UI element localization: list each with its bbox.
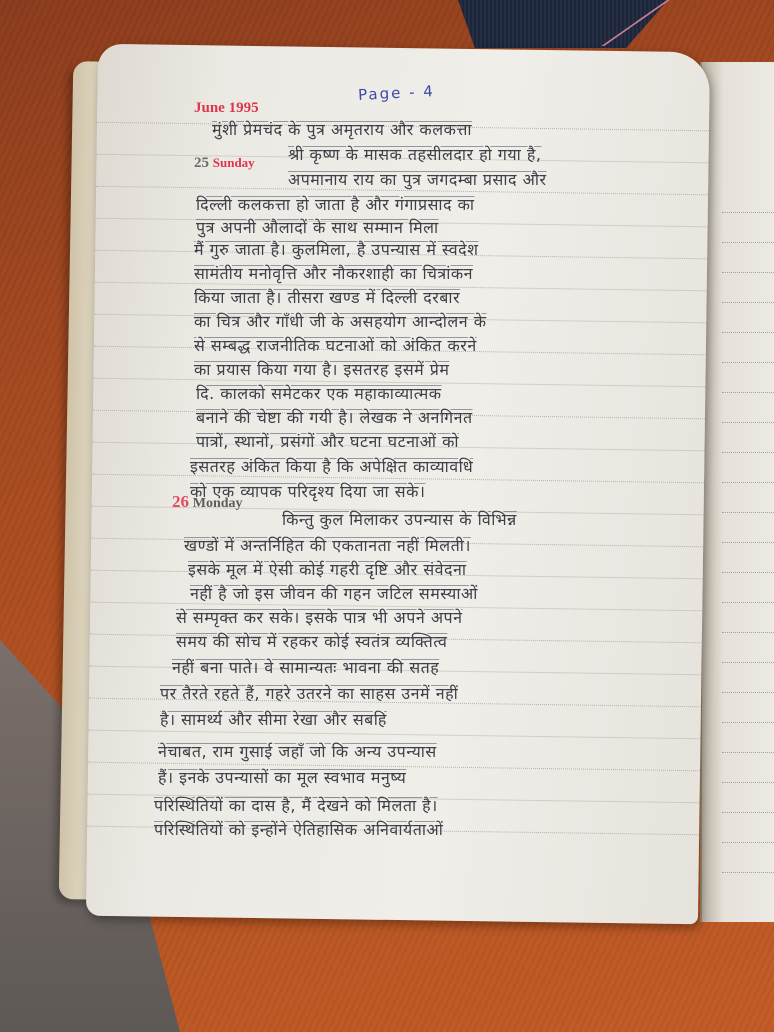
- handwritten-line: का चित्र और गाँधी जी के असहयोग आन्दोलन क…: [194, 310, 487, 332]
- handwritten-line: मैं गुरु जाता है। कुलमिला, है उपन्यास मे…: [194, 238, 478, 260]
- handwritten-line: अपमानाय राय का पुत्र जगदम्बा प्रसाद और: [288, 168, 547, 190]
- handwritten-line: परिस्थितियों का दास है, मैं देखने को मिल…: [154, 794, 438, 816]
- handwritten-line: मुंशी प्रेमचंद के पुत्र अमृतराय और कलकत्…: [212, 118, 472, 140]
- handwritten-line: किन्तु कुल मिलाकर उपन्यास के विभिन्न: [282, 508, 517, 530]
- handwritten-line: नहीं बना पाते। वे सामान्यतः भावना की सतह: [172, 656, 439, 678]
- day-number: 25: [194, 155, 209, 171]
- adjacent-page: [700, 62, 774, 922]
- handwritten-line: है। सामर्थ्य और सीमा रेखा और सबहि: [160, 708, 387, 730]
- handwritten-line: सामंतीय मनोवृत्ति और नौकरशाही का चित्रां…: [194, 262, 473, 284]
- handwritten-line: नेचाबत, राम गुसाई जहाँ जो कि अन्य उपन्या…: [158, 740, 437, 762]
- handwritten-line: समय की सोच में रहकर कोई स्वतंत्र व्यक्ति…: [176, 630, 447, 652]
- handwritten-line: दि. कालको समेटकर एक महाकाव्यात्मक: [196, 382, 442, 404]
- handwritten-line: से सम्पृक्त कर सके। इसके पात्र भी अपने अ…: [176, 606, 463, 628]
- handwritten-line: इसतरह अंकित किया है कि अपेक्षित काव्यावध…: [190, 455, 473, 477]
- handwritten-line: से सम्बद्ध राजनीतिक घटनाओं को अंकित करने: [194, 334, 477, 356]
- handwritten-line: इसके मूल में ऐसी कोई गहरी दृष्टि और संवे…: [188, 558, 467, 580]
- handwritten-line: परिस्थितियों को इन्होंने ऐतिहासिक अनिवार…: [154, 818, 443, 840]
- handwritten-line: किया जाता है। तीसरा खण्ड में दिल्ली दरबा…: [194, 286, 460, 308]
- handwritten-line: पुत्र अपनी औलादों के साथ सम्मान मिला: [196, 216, 439, 238]
- handwritten-line: नहीं है जो इस जीवन की गहन जटिल समस्याओं: [190, 582, 478, 604]
- month-year-header: June 1995: [194, 100, 259, 117]
- day-label-25: 25 Sunday: [194, 155, 255, 172]
- handwritten-line: श्री कृष्ण के मासक तहसीलदार हो गया है,: [288, 143, 541, 165]
- day-name: Sunday: [213, 155, 255, 170]
- handwritten-line: पात्रों, स्थानों, प्रसंगों और घटना घटनाओ…: [196, 430, 459, 452]
- handwritten-line: हैं। इनके उपन्यासों का मूल स्वभाव मनुष्य: [158, 766, 406, 788]
- handwritten-line: को एक व्यापक परिदृश्य दिया जा सके।: [190, 480, 425, 502]
- handwritten-line: दिल्ली कलकत्ता हो जाता है और गंगाप्रसाद …: [196, 193, 475, 215]
- handwritten-line: का प्रयास किया गया है। इसतरह इसमें प्रेम: [194, 358, 449, 380]
- handwritten-line: पर तैरते रहते हैं, गहरे उतरने का साहस उन…: [160, 682, 458, 704]
- day-number: 26: [172, 492, 189, 511]
- handwritten-line: बनाने की चेष्टा की गयी है। लेखक ने अनगिन…: [196, 406, 473, 428]
- handwritten-line: खण्डों में अन्तर्निहित की एकतानता नहीं म…: [184, 534, 471, 556]
